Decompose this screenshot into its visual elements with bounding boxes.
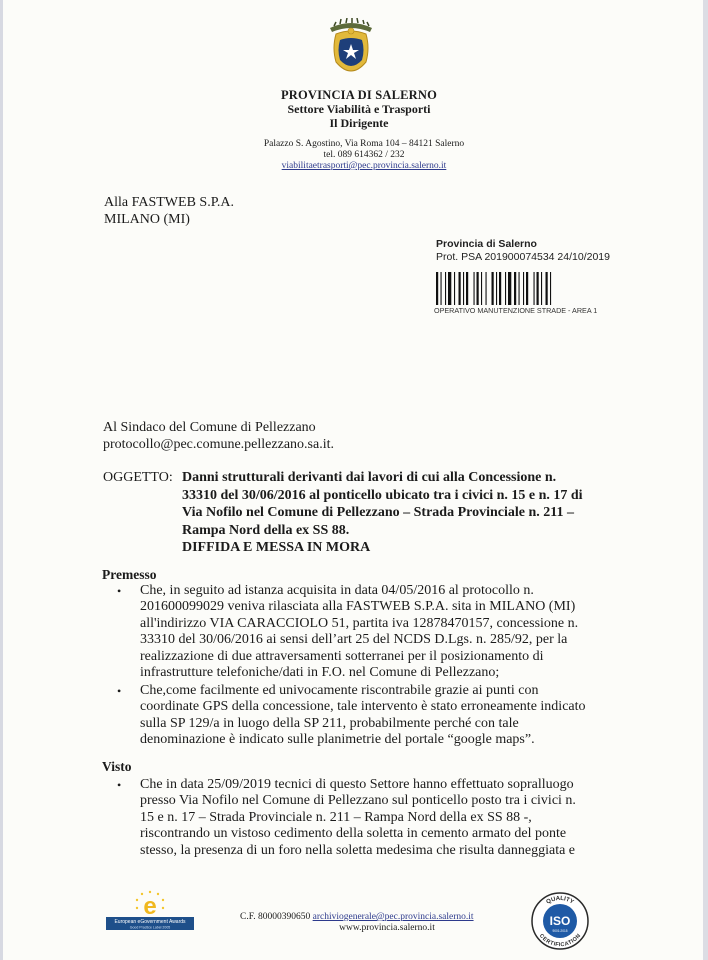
svg-text:Good Practice Label 2005: Good Practice Label 2005 [130, 926, 171, 930]
subject-line: Via Nofilo nel Comune di Pellezzano – St… [182, 504, 583, 522]
paragraph-line: sulla SP 129/a in luogo della SP 211, pr… [140, 716, 586, 732]
stamp-entity: Provincia di Salerno [436, 238, 537, 250]
cc-pec-email: protocollo@pec.comune.pellezzano.sa.it. [103, 436, 334, 453]
header-phone: tel. 089 614362 / 232 [254, 150, 474, 160]
paragraph-line: Che,come facilmente ed univocamente risc… [140, 683, 586, 699]
footer-cf-text: C.F. 80000390650 [240, 912, 310, 922]
footer-tax-code: C.F. 80000390650 archiviogenerale@pec.pr… [240, 912, 474, 922]
premesso-paragraph-2: Che,come facilmente ed univocamente risc… [140, 683, 586, 749]
iso-quality-certification-badge: ISO 9001:2015 QUALITY CERTIFICATION [530, 891, 590, 951]
svg-text:e: e [143, 893, 156, 920]
right-edge [703, 0, 708, 960]
subject-line: DIFFIDA E MESSA IN MORA [182, 539, 583, 557]
subject-line: Danni strutturali derivanti dai lavori d… [182, 469, 583, 487]
paragraph-line: coordinate GPS della concessione, tale i… [140, 699, 586, 715]
paragraph-line: denominazione è indicato sulle planimetr… [140, 732, 586, 748]
bullet-point: • [117, 684, 121, 699]
header-email-link[interactable]: viabilitaetrasporti@pec.provincia.salern… [254, 161, 474, 171]
paragraph-line: riscontrando un vistoso cedimento della … [140, 826, 576, 842]
paragraph-line: Che, in seguito ad istanza acquisita in … [140, 583, 578, 599]
paragraph-line: all'indirizzo VIA CARACCIOLO 51, partita… [140, 616, 578, 632]
barcode-icon [436, 272, 591, 305]
header-title: PROVINCIA DI SALERNO [5, 88, 708, 103]
header-address: Palazzo S. Agostino, Via Roma 104 – 8412… [254, 139, 474, 149]
header-role: Il Dirigente [5, 116, 708, 131]
coat-of-arms-icon [326, 18, 376, 80]
barcode-label: OPERATIVO MANUTENZIONE STRADE - AREA 1 [434, 306, 597, 315]
paragraph-line: infrastrutture telefoniche/dati in F.O. … [140, 665, 578, 681]
section-heading-visto: Visto [102, 759, 132, 775]
paragraph-line: stesso, la presenza di un foro nella sol… [140, 843, 576, 859]
svg-text:9001:2015: 9001:2015 [552, 929, 567, 933]
footer-website[interactable]: www.provincia.salerno.it [252, 923, 522, 933]
paragraph-line: 201600099029 veniva rilasciata alla FAST… [140, 599, 578, 615]
section-heading-premesso: Premesso [102, 567, 156, 583]
european-egovernment-awards-logo: e European eGovernment Awards Good Pract… [104, 888, 196, 934]
recipient-name: Alla FASTWEB S.P.A. [104, 195, 234, 211]
svg-text:ISO: ISO [550, 914, 571, 928]
stamp-protocol-number: Prot. PSA 201900074534 24/10/2019 [436, 251, 610, 263]
recipient-city: MILANO (MI) [104, 212, 190, 228]
paragraph-line: Che in data 25/09/2019 tecnici di questo… [140, 777, 576, 793]
bullet-point: • [117, 584, 121, 599]
paragraph-line: presso Via Nofilo nel Comune di Pellezza… [140, 793, 576, 809]
bullet-point: • [117, 778, 121, 793]
subject-line: 33310 del 30/06/2016 al ponticello ubica… [182, 487, 583, 505]
header-sector: Settore Viabilità e Trasporti [5, 102, 708, 117]
premesso-paragraph-1: Che, in seguito ad istanza acquisita in … [140, 583, 578, 681]
visto-paragraph-1: Che in data 25/09/2019 tecnici di questo… [140, 777, 576, 859]
svg-text:European eGovernment Awards: European eGovernment Awards [114, 919, 186, 925]
subject-line: Rampa Nord della ex SS 88. [182, 522, 583, 540]
paragraph-line: 33310 del 30/06/2016 ai sensi dell’art 2… [140, 632, 578, 648]
cc-recipient: Al Sindaco del Comune di Pellezzano [103, 419, 316, 436]
subject-label: OGGETTO: [103, 469, 173, 486]
paragraph-line: 15 e n. 17 – Strada Provinciale n. 211 –… [140, 810, 576, 826]
paragraph-line: realizzazione di due attraversamenti sot… [140, 649, 578, 665]
subject-body: Danni strutturali derivanti dai lavori d… [182, 469, 583, 557]
footer-email-link[interactable]: archiviogenerale@pec.provincia.salerno.i… [313, 912, 474, 922]
